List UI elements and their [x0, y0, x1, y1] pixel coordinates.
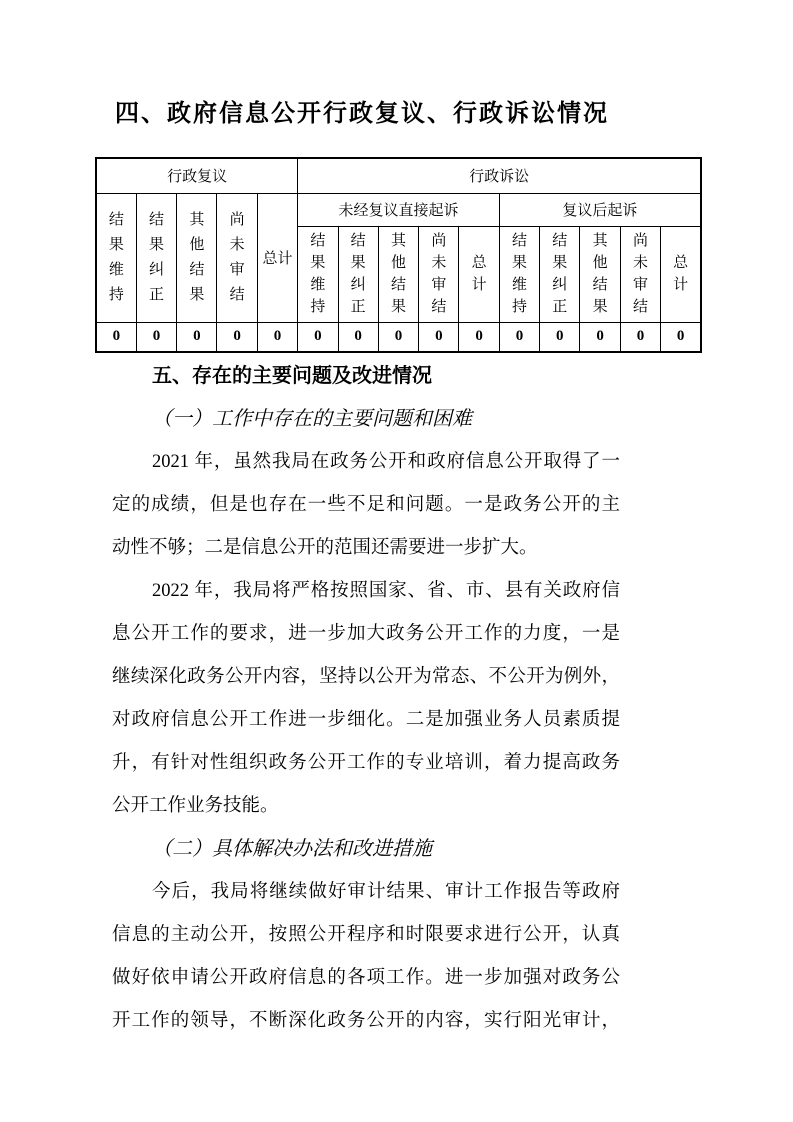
- after-col-result-corrected: 结 果 纠 正: [540, 227, 580, 322]
- review-col-pending: 尚 未 审 结: [217, 193, 257, 322]
- value-cell: 0: [96, 322, 136, 352]
- body-line: 2022 年，我局将严格按照国家、省、市、县有关政府信: [112, 570, 620, 613]
- group-suit-after-review: 复议后起诉: [499, 193, 701, 227]
- direct-col-pending: 尚 未 审 结: [419, 227, 459, 322]
- group-direct-suit: 未经复议直接起诉: [298, 193, 500, 227]
- value-cell: 0: [540, 322, 580, 352]
- body-line: 息公开工作的要求，进一步加大政务公开工作的力度，一是: [112, 613, 620, 656]
- direct-col-other-result: 其 他 结 果: [378, 227, 418, 322]
- value-cell: 0: [580, 322, 620, 352]
- review-col-other-result: 其 他 结 果: [177, 193, 217, 322]
- body-line: 开工作的领导，不断深化政务公开的内容，实行阳光审计，: [112, 1000, 620, 1043]
- after-col-total: 总 计: [661, 227, 701, 322]
- body-line: 继续深化政务公开内容，坚持以公开为常态、不公开为例外，: [112, 656, 620, 699]
- body-line: 升，有针对性组织政务公开工作的专业培训，着力提高政务: [112, 742, 620, 785]
- direct-col-total: 总 计: [459, 227, 499, 322]
- value-cell: 0: [378, 322, 418, 352]
- sub-heading-1: （一）工作中存在的主要问题和困难: [152, 398, 700, 441]
- value-cell: 0: [177, 322, 217, 352]
- value-cell: 0: [499, 322, 539, 352]
- body-line: 信息的主动公开，按照公开程序和时限要求进行公开，认真: [112, 914, 620, 957]
- review-col-result-corrected: 结 果 纠 正: [136, 193, 176, 322]
- review-col-result-upheld: 结 果 维 持: [96, 193, 136, 322]
- body-line: 2021 年，虽然我局在政务公开和政府信息公开取得了一: [112, 441, 620, 484]
- section4-heading: 四、政府信息公开行政复议、行政诉讼情况: [115, 0, 700, 128]
- value-cell: 0: [338, 322, 378, 352]
- body-line: 公开工作业务技能。: [112, 785, 620, 828]
- review-col-total: 总计: [257, 193, 297, 322]
- value-cell: 0: [459, 322, 499, 352]
- body-line: 定的成绩，但是也存在一些不足和问题。一是政务公开的主: [112, 484, 620, 527]
- body-line: 动性不够；二是信息公开的范围还需要进一步扩大。: [112, 527, 620, 570]
- document-page: 四、政府信息公开行政复议、行政诉讼情况 行政复议 行政诉讼 结 果 维 持 结 …: [0, 0, 793, 1122]
- header-admin-review: 行政复议: [96, 158, 298, 193]
- value-cell: 0: [419, 322, 459, 352]
- after-col-other-result: 其 他 结 果: [580, 227, 620, 322]
- table-header-row: 行政复议 行政诉讼: [96, 158, 701, 193]
- table-values-row: 0 0 0 0 0 0 0 0 0 0 0 0 0 0 0: [96, 322, 701, 352]
- value-cell: 0: [620, 322, 660, 352]
- value-cell: 0: [257, 322, 297, 352]
- body-line: 对政府信息公开工作进一步细化。二是加强业务人员素质提: [112, 699, 620, 742]
- value-cell: 0: [298, 322, 338, 352]
- value-cell: 0: [217, 322, 257, 352]
- header-admin-litigation: 行政诉讼: [298, 158, 701, 193]
- direct-col-result-corrected: 结 果 纠 正: [338, 227, 378, 322]
- admin-review-litigation-table: 行政复议 行政诉讼 结 果 维 持 结 果 纠 正 其 他 结 果 尚 未 审 …: [95, 157, 702, 353]
- paragraph-2: 2022 年，我局将严格按照国家、省、市、县有关政府信 息公开工作的要求，进一步…: [112, 570, 620, 828]
- paragraph-1: 2021 年，虽然我局在政务公开和政府信息公开取得了一 定的成绩，但是也存在一些…: [112, 441, 620, 570]
- after-col-pending: 尚 未 审 结: [620, 227, 660, 322]
- direct-col-result-upheld: 结 果 维 持: [298, 227, 338, 322]
- sub-heading-2: （二）具体解决办法和改进措施: [152, 828, 700, 871]
- after-col-result-upheld: 结 果 维 持: [499, 227, 539, 322]
- page-content: 四、政府信息公开行政复议、行政诉讼情况 行政复议 行政诉讼 结 果 维 持 结 …: [0, 0, 700, 1043]
- value-cell: 0: [136, 322, 176, 352]
- value-cell: 0: [661, 322, 701, 352]
- section5-heading: 五、存在的主要问题及改进情况: [152, 355, 700, 398]
- body-line: 做好依申请公开政府信息的各项工作。进一步加强对政务公: [112, 957, 620, 1000]
- body-line: 今后，我局将继续做好审计结果、审计工作报告等政府: [112, 871, 620, 914]
- table-group-row: 结 果 维 持 结 果 纠 正 其 他 结 果 尚 未 审 结 总计 未经复议直…: [96, 193, 701, 227]
- paragraph-3: 今后，我局将继续做好审计结果、审计工作报告等政府 信息的主动公开，按照公开程序和…: [112, 871, 620, 1043]
